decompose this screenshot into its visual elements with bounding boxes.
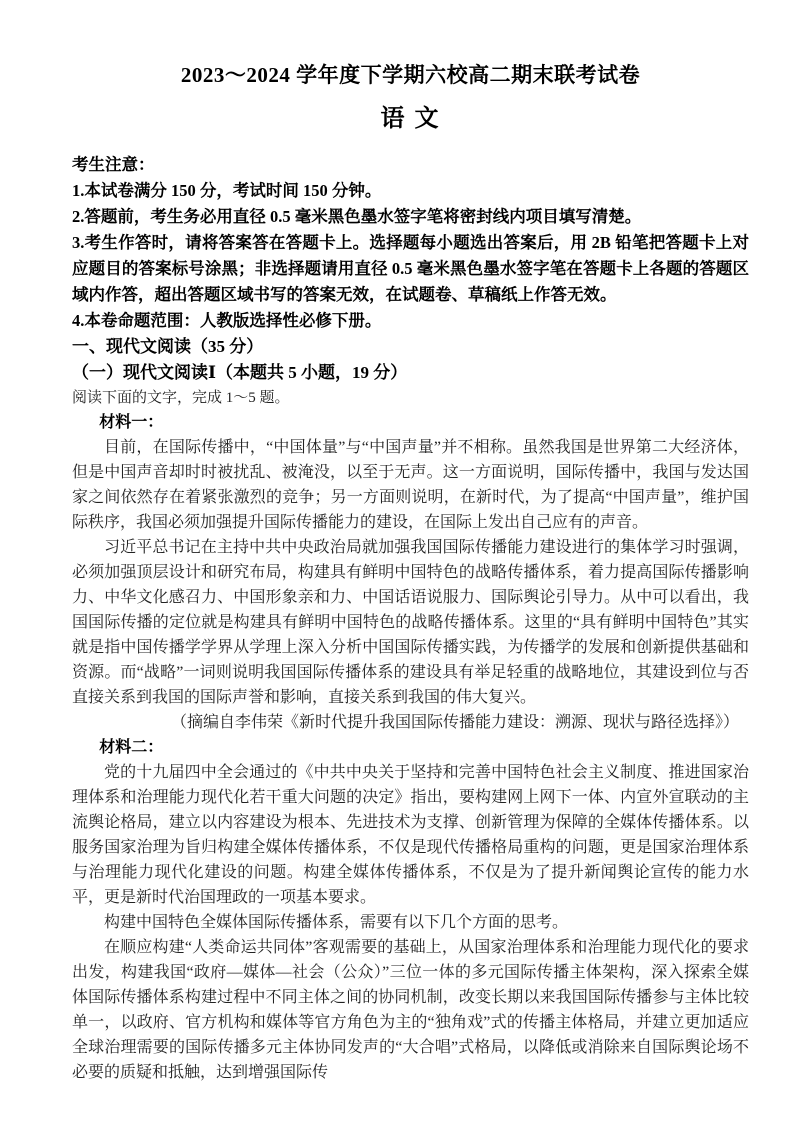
exam-paper-page: 2023～2024 学年度下学期六校高二期末联考试卷 语 文 考生注意： 1.本… xyxy=(0,0,793,1122)
notice-item-4: 4.本卷命题范围：人教版选择性必修下册。 xyxy=(72,308,749,334)
subsection-heading-reading-1: （一）现代文阅读Ⅰ（本题共 5 小题，19 分） xyxy=(72,360,749,386)
material1-paragraph-1: 目前，在国际传播中，“中国体量”与“中国声量”并不相称。虽然我国是世界第二大经济… xyxy=(72,435,749,535)
material1-attribution: （摘编自李伟荣《新时代提升我国国际传播能力建设：溯源、现状与路径选择》） xyxy=(72,710,749,735)
material2-paragraph-3: 在顺应构建“人类命运共同体”客观需要的基础上，从国家治理体系和治理能力现代化的要… xyxy=(72,935,749,1085)
notice-block: 考生注意： 1.本试卷满分 150 分，考试时间 150 分钟。 2.答题前，考… xyxy=(72,152,749,334)
reading-instruction: 阅读下面的文字，完成 1～5 题。 xyxy=(72,386,749,410)
material2-paragraph-2: 构建中国特色全媒体国际传播体系，需要有以下几个方面的思考。 xyxy=(72,910,749,935)
material2-paragraph-1: 党的十九届四中全会通过的《中共中央关于坚持和完善中国特色社会主义制度、推进国家治… xyxy=(72,760,749,910)
paper-title: 2023～2024 学年度下学期六校高二期末联考试卷 xyxy=(72,60,749,90)
subject-title: 语 文 xyxy=(72,102,749,136)
notice-heading: 考生注意： xyxy=(72,152,749,178)
material2-label: 材料二： xyxy=(72,735,749,760)
section-heading-modern-reading: 一、现代文阅读（35 分） xyxy=(72,334,749,360)
notice-item-2: 2.答题前，考生务必用直径 0.5 毫米黑色墨水签字笔将密封线内项目填写清楚。 xyxy=(72,204,749,230)
material1-label: 材料一： xyxy=(72,410,749,435)
notice-item-1: 1.本试卷满分 150 分，考试时间 150 分钟。 xyxy=(72,178,749,204)
material1-paragraph-2: 习近平总书记在主持中共中央政治局就加强我国国际传播能力建设进行的集体学习时强调，… xyxy=(72,535,749,710)
notice-item-3: 3.考生作答时，请将答案答在答题卡上。选择题每小题选出答案后，用 2B 铅笔把答… xyxy=(72,230,749,308)
